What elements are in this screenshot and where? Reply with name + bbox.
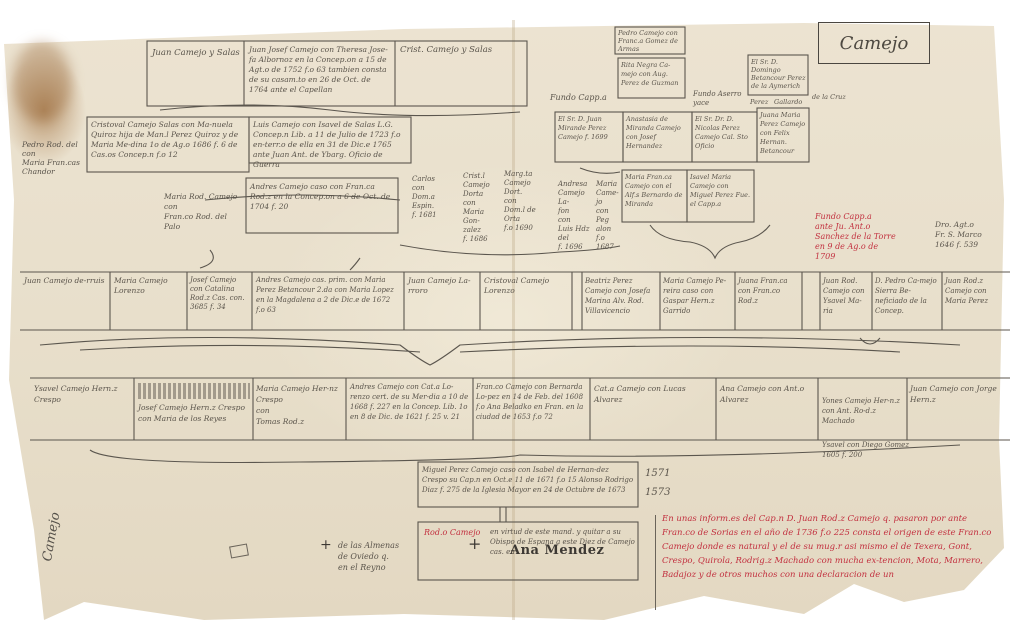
cross-icon: + — [468, 538, 481, 549]
row4-a4: Andres Camejo cas. prim. con Maria Perez… — [256, 275, 401, 315]
row5-b8: Yones Camejo Her-n.z con Ant. Ro-d.z Mac… — [822, 396, 906, 426]
person-note-r3a: Maria Rod. Camejo con Fran.co Rod. del P… — [164, 192, 242, 232]
red-annotation-paragraph: En unas inform.es del Cap.n D. Juan Rod.… — [662, 512, 1002, 582]
row5-bottom-note: Ysavel con Diego Gomez 1605 f. 200 — [822, 440, 922, 460]
row4-a2: Maria Camejo Lorenzo — [114, 276, 184, 296]
row4-a8: Maria Camejo Pe-reira caso con Gaspar He… — [663, 276, 733, 316]
child-note-m5: Maria Came- jo con Peg alon f.o 1687 — [596, 180, 622, 252]
row5-b1: Ysavel Camejo Hern.z Crespo — [34, 383, 132, 405]
child-note-m2: Crist.l Camejo Dorta con Maria Gon- zale… — [463, 172, 501, 244]
year-note: 1573 — [645, 487, 670, 498]
cluster-box-rc3: El Sr. D. Juan Mirande Perez Camejo f. 1… — [558, 115, 621, 142]
document-title-box: Camejo — [818, 22, 930, 64]
row4-a7: Beatriz Perez Camejo con Josefa Marina A… — [585, 276, 658, 316]
child-note-m4: Andresa Camejo La- fon con Luis Hdz del … — [558, 180, 594, 252]
person-box-t1: Juan Camejo y Salas — [152, 48, 240, 59]
row5-b3: Maria Camejo Her-nz Crespo con Tomas Rod… — [256, 383, 344, 427]
red-note-1709: Fundo Capp.a ante Ju. Ant.o Sanchez de l… — [815, 212, 905, 262]
person-box-t3: Crist. Camejo y Salas — [400, 45, 524, 56]
cluster-small-label: Perez — [750, 97, 768, 108]
ancestor-name: Ana Mendez — [510, 545, 604, 556]
cluster-small-label: Gallardo — [774, 97, 802, 108]
row5-b4: Andres Camejo con Cat.a Lo-renzo cert. d… — [350, 382, 471, 422]
row5-b9: Juan Camejo con Jorge Hern.z — [910, 383, 1006, 405]
year-note: 1571 — [645, 468, 670, 479]
cluster-box-rc6: Juana Maria Perez Camejo con Felix Herna… — [760, 111, 808, 156]
row4-a6: Cristoval Camejo Lorenzo — [484, 276, 570, 296]
fundo-label-2: Fundo Aserro yace — [693, 90, 753, 108]
water-stain — [12, 42, 72, 122]
cluster-box-rc2: Rita Negra Ca-mejo con Aug. Perez de Guz… — [621, 61, 684, 88]
left-note: Pedro Rod. del con Maria Fran.cas Chando… — [22, 140, 82, 176]
person-box-s1: Cristoval Camejo Salas con Ma-nuela Quir… — [91, 120, 246, 160]
cluster-box-rc1: Pedro Camejo con Franc.a Gomez de Armas — [618, 29, 684, 53]
row4-a5: Juan Camejo La-rroro — [408, 276, 478, 296]
fundo-label-1: Fundo Capp.a — [550, 92, 620, 103]
row4-a11: D. Pedro Ca-mejo Sierra Be-neficiado de … — [875, 276, 940, 316]
root-couple-box: Miguel Perez Camejo caso con Isabel de H… — [422, 465, 634, 495]
row5-b5: Fran.co Camejo con Bernarda Lo-pez en 14… — [476, 382, 588, 422]
struck-out-text — [138, 383, 250, 399]
row4-a9: Juana Fran.ca con Fran.co Rod.z — [738, 276, 800, 306]
row4-a12: Juan Rod.z Camejo con Maria Perez — [945, 276, 1007, 306]
cluster-box-rc4: Anastasia de Miranda Camejo con Josef He… — [626, 115, 690, 151]
person-box-r3b: Andres Camejo caso con Fran.ca Rod.z en … — [250, 182, 395, 212]
cluster-box-rc5: El Sr. Dr. D. Nicolas Perez Camejo Cal. … — [695, 115, 755, 151]
row5-b7: Ana Camejo con Ant.o Alvarez — [720, 383, 815, 405]
child-note-m3: Marg.ta Camejo Dort. con Dom.l de Orta f… — [504, 170, 544, 233]
row4-a1: Juan Camejo de-rruis — [24, 276, 108, 286]
person-box-t2: Juan Josef Camejo con Theresa Jose-fa Al… — [249, 45, 391, 95]
cluster-box-rc7: El Sr. D. Domingo Betancour Perez de la … — [751, 58, 807, 90]
row4-a3: Josef Camejo con Catalina Rod.z Cas. con… — [190, 276, 250, 312]
cluster-box-rc9: Isavel Maria Camejo con Miguel Perez Fue… — [690, 173, 753, 209]
row5-b2: Josef Camejo Hern.z Crespo con Maria de … — [138, 402, 250, 424]
person-box-s2: Luis Camejo con Isavel de Salas L.G. Con… — [253, 120, 408, 170]
cluster-box-rc8: Maria Fran.ca Camejo con el Alf.s Bernar… — [625, 173, 686, 209]
cluster-small-label: de la Cruz — [812, 92, 846, 103]
row4-a10: Juan Rod. Camejo con Ysavel Ma-ria — [823, 276, 871, 316]
cross-icon: + — [320, 540, 332, 551]
gray-note-right: Dro. Agt.o Fr. S. Marco 1646 f. 539 — [935, 220, 1005, 250]
row5-b6: Cat.a Camejo con Lucas Alvarez — [594, 383, 714, 405]
child-note-m1: Carlos con Dom.a Espin. f. 1681 — [412, 175, 450, 220]
left-bottom-note: de las Almenas de Oviedo q. en el Reyno — [338, 540, 418, 573]
